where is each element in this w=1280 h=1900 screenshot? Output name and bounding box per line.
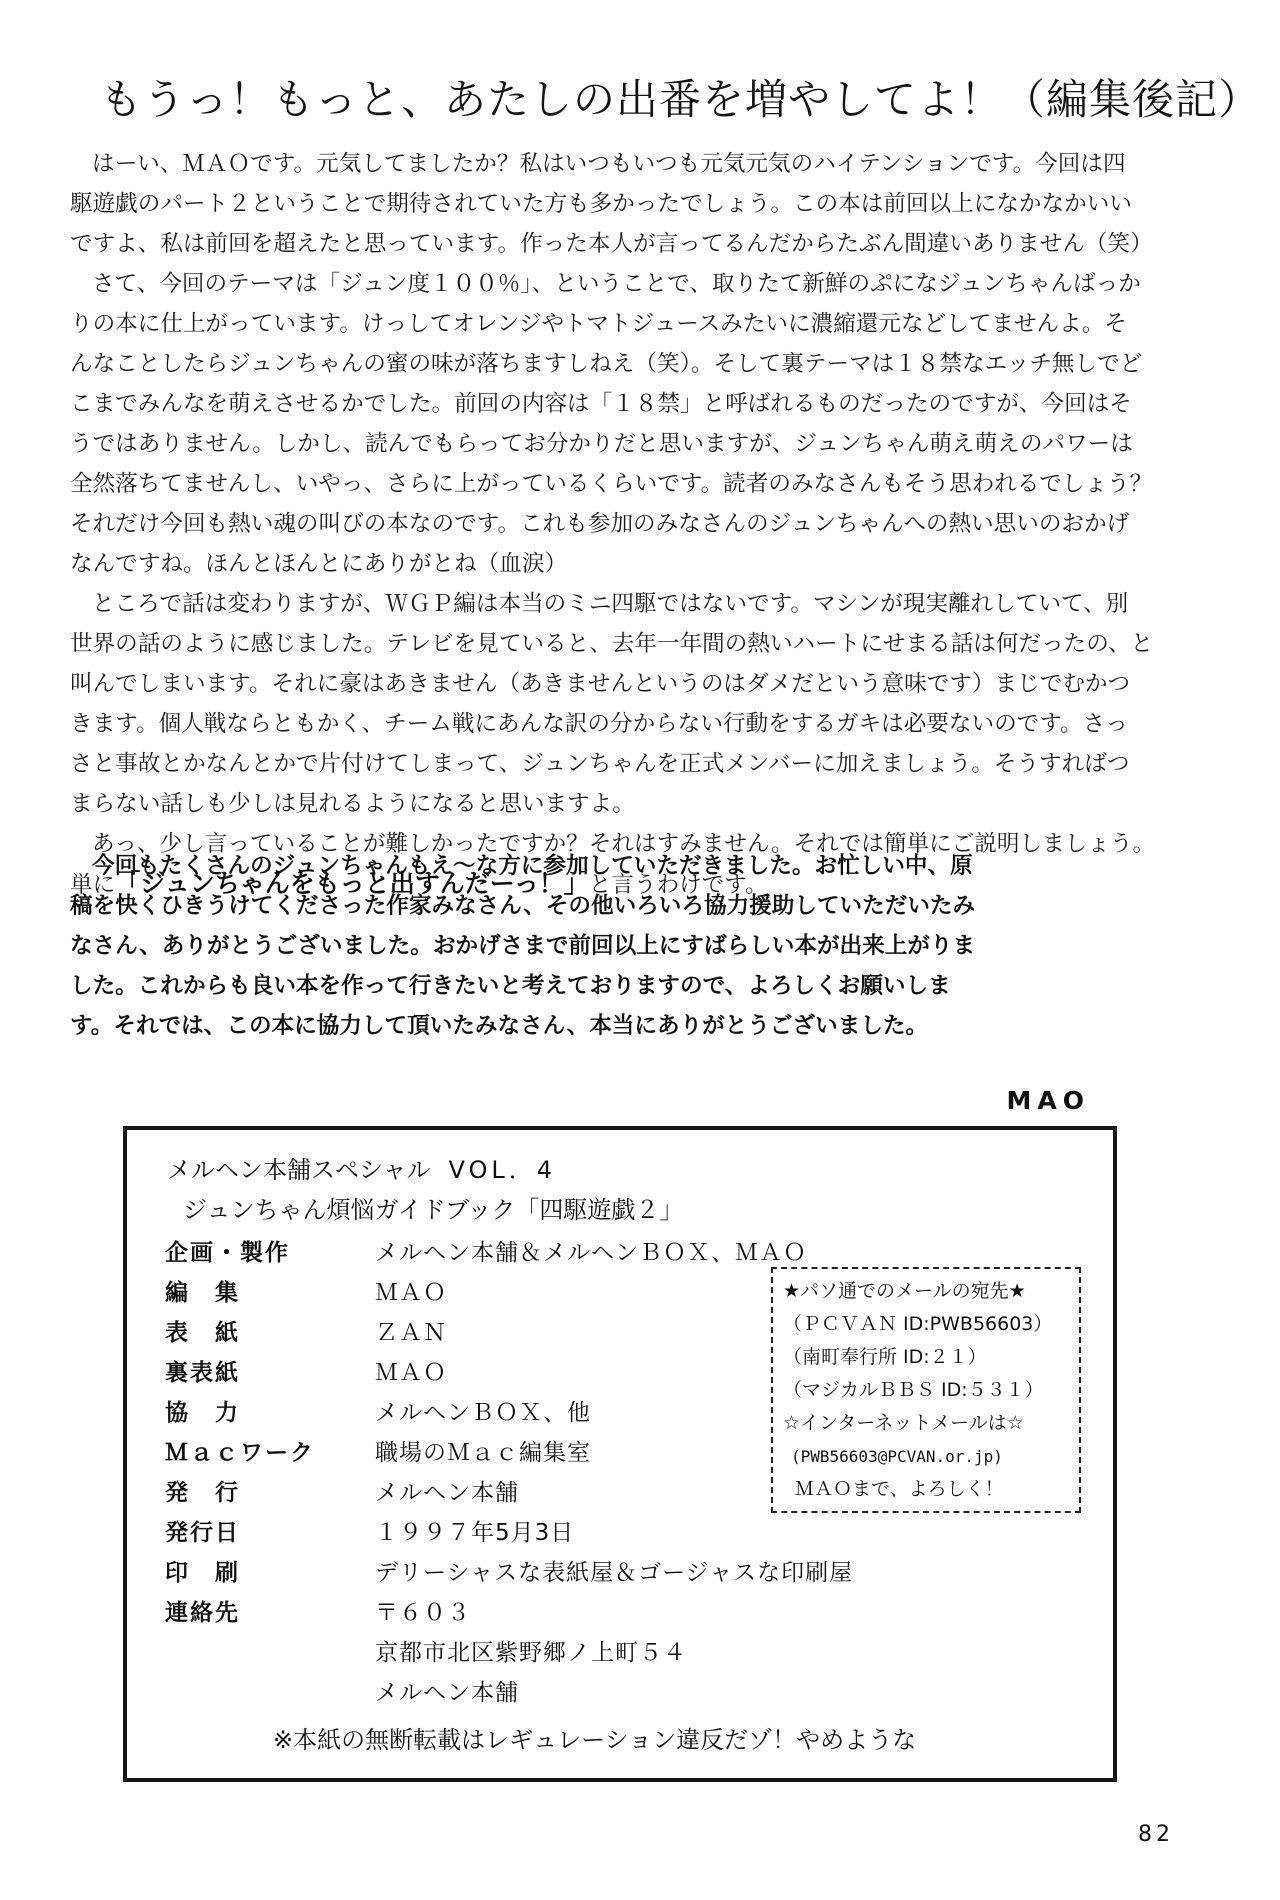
mail-contact-box: ★パソ通でのメールの宛先★ （ＰＣＶＡＮ ID:PWB56603） （南町奉行所…: [771, 1267, 1081, 1513]
credit-value: メルヘン本舗＆メルヘンＢＯＸ、ＭＡＯ: [375, 1234, 807, 1267]
contact-line: （ＰＣＶＡＮ ID:PWB56603）: [783, 1308, 1069, 1341]
contact-heading: ★パソ通でのメールの宛先★: [783, 1275, 1069, 1308]
credit-value: メルヘン本舗: [375, 1474, 519, 1507]
credit-label: 協 力: [165, 1394, 375, 1427]
credit-label: 企画・製作: [165, 1234, 375, 1267]
page-number: 82: [1138, 1822, 1174, 1847]
credit-label: 印 刷: [165, 1554, 375, 1587]
series-volume: VOL．4: [449, 1156, 557, 1184]
credit-value: ＺＡＮ: [375, 1314, 447, 1347]
body-line: それだけ今回も熱い魂の叫びの本なのです。これも参加のみなさんのジュンちゃんへの熱…: [70, 504, 1210, 544]
credit-row: 発 行メルヘン本舗: [165, 1470, 853, 1510]
credit-row: 京都市北区紫野郷ノ上町５４: [165, 1630, 853, 1670]
credit-row: 協 力メルヘンＢＯＸ、他: [165, 1390, 853, 1430]
credit-label: 編 集: [165, 1274, 375, 1307]
body-line: なんですね。ほんとほんとにありがとね（血涙）: [70, 544, 1210, 584]
credit-label: 発 行: [165, 1474, 375, 1507]
contact-email: (PWB56603@PCVAN.or.jp): [783, 1440, 1069, 1473]
editor-afterword-body: はーい、ＭＡＯです。元気してましたか？私はいつもいつも元気元気のハイテンションで…: [70, 144, 1210, 904]
contact-line: （マジカルＢＢＳ ID:５３１）: [783, 1374, 1069, 1407]
colophon-box: メルヘン本舗スペシャルVOL．4 ジュンちゃん煩悩ガイドブック「四駆遊戯２」 企…: [123, 1126, 1117, 1782]
credit-row: 企画・製作メルヘン本舗＆メルヘンＢＯＸ、ＭＡＯ: [165, 1230, 853, 1270]
body-line: さと事故とかなんとかで片付けてしまって、ジュンちゃんを正式メンバーに加えましょう…: [70, 744, 1210, 784]
body-line: こまでみんなを萌えさせるかでした。前回の内容は「１８禁」と呼ばれるものだったので…: [70, 384, 1210, 424]
book-subtitle: ジュンちゃん煩悩ガイドブック「四駆遊戯２」: [183, 1190, 683, 1225]
credit-value: 京都市北区紫野郷ノ上町５４: [375, 1634, 687, 1667]
credit-row: 表 紙ＺＡＮ: [165, 1310, 853, 1350]
thanks-line: 今回もたくさんのジュンちゃんもえ〜な方に参加していただきました。お忙しい中、原: [70, 846, 1210, 886]
credit-value: 〒６０３: [375, 1594, 471, 1627]
thanks-line: した。これからも良い本を作って行きたいと考えておりますので、よろしくお願いしま: [70, 966, 1210, 1006]
credit-value: ＭＡＯ: [375, 1274, 447, 1307]
credit-row: 発行日１９９７年5月3日: [165, 1510, 853, 1550]
body-line: ところで話は変わりますが、ＷＧＰ編は本当のミニ四駆ではないです。マシンが現実離れ…: [70, 584, 1210, 624]
series-name: メルヘン本舗スペシャル: [167, 1156, 431, 1184]
thanks-line: 稿を快くひきうけてくださった作家みなさん、その他いろいろ協力援助していただいたみ: [70, 886, 1210, 926]
body-line: 駆遊戯のパート２ということで期待されていた方も多かったでしょう。この本は前回以上…: [70, 184, 1210, 224]
body-line: ですよ、私は前回を超えたと思っています。作った本人が言ってるんだからたぶん間違い…: [70, 224, 1210, 264]
body-line: 全然落ちてませんし、いやっ、さらに上がっているくらいです。読者のみなさんもそう思…: [70, 464, 1210, 504]
series-title: メルヘン本舗スペシャルVOL．4: [167, 1150, 556, 1185]
credit-value: メルヘンＢＯＸ、他: [375, 1394, 591, 1427]
credit-label: 発行日: [165, 1514, 375, 1547]
body-line: はーい、ＭＡＯです。元気してましたか？私はいつもいつも元気元気のハイテンションで…: [70, 144, 1210, 184]
body-line: んなことしたらジュンちゃんの蜜の味が落ちますしねえ（笑）。そして裏テーマは１８禁…: [70, 344, 1210, 384]
body-line: きます。個人戦ならともかく、チーム戦にあんな訳の分からない行動をするガキは必要な…: [70, 704, 1210, 744]
contact-line: （南町奉行所 ID:２１）: [783, 1341, 1069, 1374]
credit-value: メルヘン本舗: [375, 1674, 519, 1707]
credit-row: 印 刷デリーシャスな表紙屋＆ゴージャスな印刷屋: [165, 1550, 853, 1590]
thanks-line: なさん、ありがとうございました。おかげさまで前回以上にすばらしい本が出来上がりま: [70, 926, 1210, 966]
credit-row: 連絡先〒６０３: [165, 1590, 853, 1630]
credit-value: ＭＡＯ: [375, 1354, 447, 1387]
body-line: まらない話しも少しは見れるようになると思いますよ。: [70, 784, 1210, 824]
credit-row: メルヘン本舗: [165, 1670, 853, 1710]
credit-row: 編 集ＭＡＯ: [165, 1270, 853, 1310]
credit-row: 裏表紙ＭＡＯ: [165, 1350, 853, 1390]
body-line: りの本に仕上がっています。けっしてオレンジやトマトジュースみたいに濃縮還元などし…: [70, 304, 1210, 344]
credit-label: 表 紙: [165, 1314, 375, 1347]
body-line: さて、今回のテーマは「ジュン度１００％」、ということで、取りたて新鮮のぷになジュ…: [70, 264, 1210, 304]
contact-line: ☆インターネットメールは☆: [783, 1407, 1069, 1440]
credit-label: 連絡先: [165, 1594, 375, 1627]
body-line: うではありません。しかし、読んでもらってお分かりだと思いますが、ジュンちゃん萌え…: [70, 424, 1210, 464]
credit-value: 職場のＭａｃ編集室: [375, 1434, 591, 1467]
contact-line: ＭＡＯまで、よろしく！: [783, 1473, 1069, 1506]
thanks-line: す。それでは、この本に協力して頂いたみなさん、本当にありがとうございました。: [70, 1006, 1210, 1046]
reprint-notice: ※本紙の無断転載はレギュレーション違反だゾ！やめような: [273, 1720, 916, 1755]
thanks-paragraph: 今回もたくさんのジュンちゃんもえ〜な方に参加していただきました。お忙しい中、原 …: [70, 846, 1210, 1046]
credit-row: Ｍａｃワーク職場のＭａｃ編集室: [165, 1430, 853, 1470]
credit-label: 裏表紙: [165, 1354, 375, 1387]
credit-value: １９９７年5月3日: [375, 1514, 574, 1547]
body-line: 世界の話のように感じました。テレビを見ていると、去年一年間の熱いハートにせまる話…: [70, 624, 1210, 664]
page-title: もうっ！もっと、あたしの出番を増やしてよ！（編集後記）: [100, 72, 1180, 128]
body-line: 叫んでしまいます。それに豪はあきません（あきませんというのはダメだという意味です…: [70, 664, 1210, 704]
credits-list: 企画・製作メルヘン本舗＆メルヘンＢＯＸ、ＭＡＯ 編 集ＭＡＯ 表 紙ＺＡＮ 裏表…: [165, 1230, 853, 1710]
credit-value: デリーシャスな表紙屋＆ゴージャスな印刷屋: [375, 1554, 853, 1587]
author-signature: MAO: [1007, 1086, 1090, 1115]
credit-label: Ｍａｃワーク: [165, 1434, 375, 1467]
